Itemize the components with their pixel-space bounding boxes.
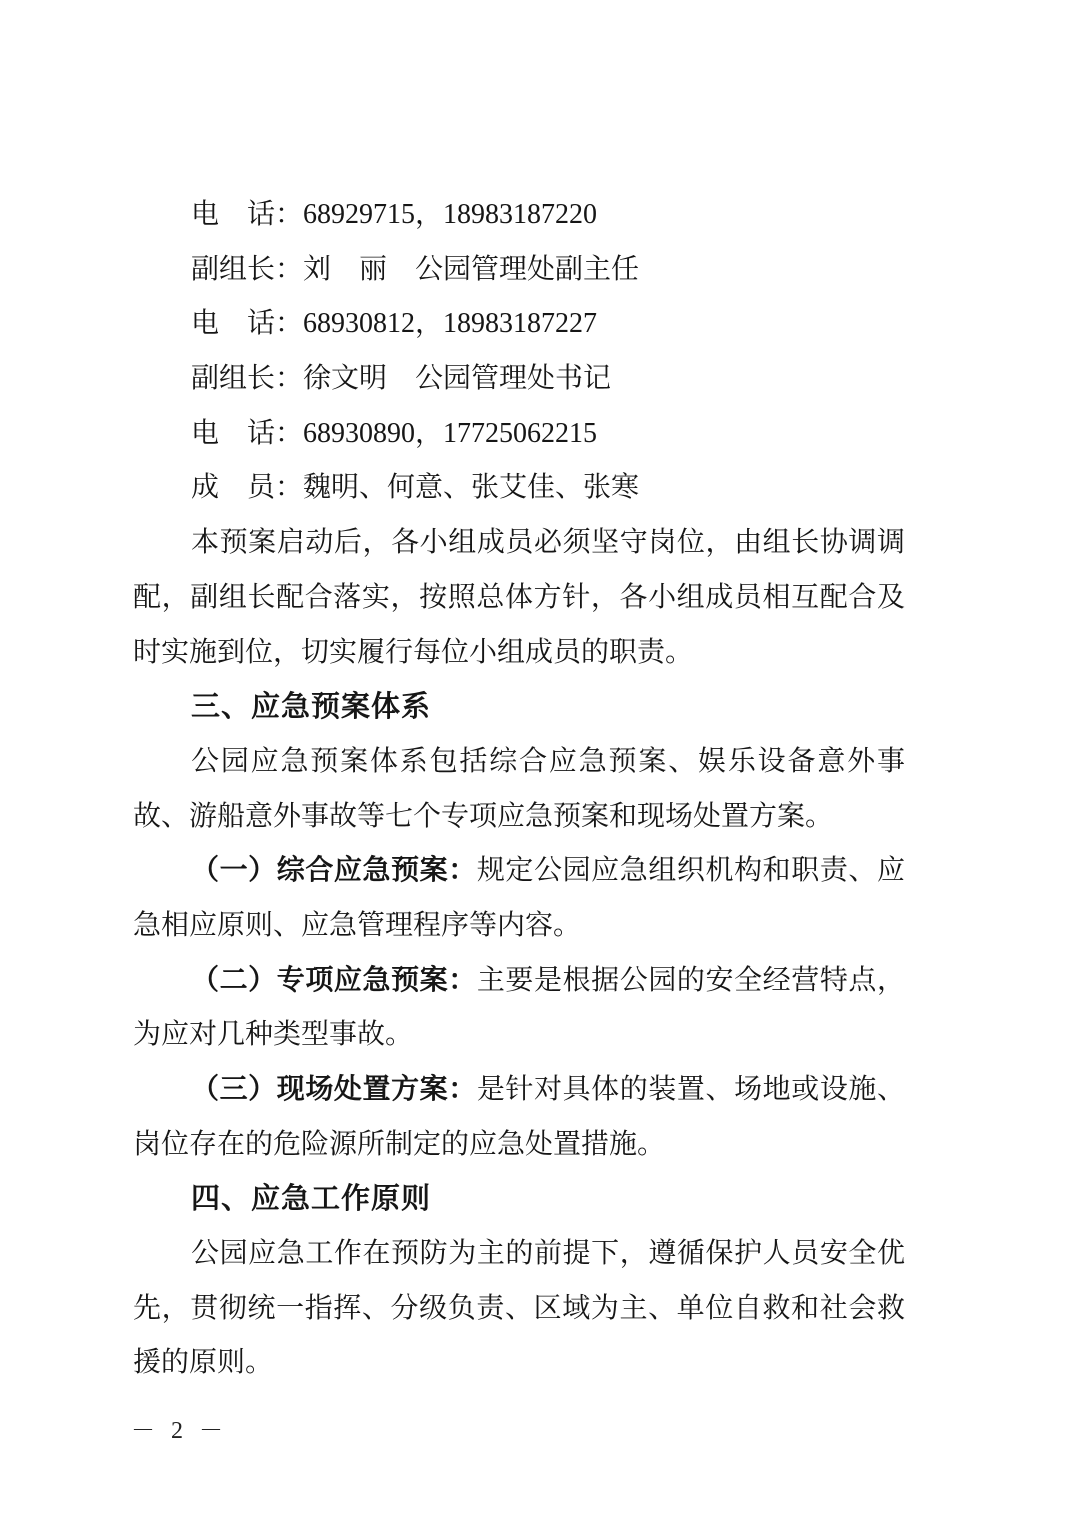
section-heading-3: 三、应急预案体系 <box>133 680 905 735</box>
item-1-line-2: 急相应原则、应急管理程序等内容。 <box>133 899 905 954</box>
members-line: 成 员：魏明、何意、张艾佳、张寒 <box>133 461 905 516</box>
deputy-leader-line-1: 副组长：刘 丽 公园管理处副主任 <box>133 243 905 298</box>
item-3-text: 是针对具体的装置、场地或设施、 <box>477 1074 905 1105</box>
section-heading-4: 四、应急工作原则 <box>133 1172 905 1227</box>
paragraph-system-line-2: 故、游船意外事故等七个专项应急预案和现场处置方案。 <box>133 790 905 845</box>
item-3-line-2: 岗位存在的危险源所制定的应急处置措施。 <box>133 1118 905 1173</box>
item-1-text: 规定公园应急组织机构和职责、应 <box>477 855 905 886</box>
phone-line-1: 电 话：68929715，18983187220 <box>133 188 905 243</box>
item-1-label: （一）综合应急预案： <box>191 855 477 886</box>
item-3-label: （三）现场处置方案： <box>191 1074 477 1105</box>
document-content: 电 话：68929715，18983187220 副组长：刘 丽 公园管理处副主… <box>133 188 905 1391</box>
paragraph-activation-line-2: 配，副组长配合落实，按照总体方针，各小组成员相互配合及 <box>133 571 905 626</box>
deputy-leader-line-2: 副组长：徐文明 公园管理处书记 <box>133 352 905 407</box>
item-2-label: （二）专项应急预案： <box>191 965 477 996</box>
item-2-line-2: 为应对几种类型事故。 <box>133 1008 905 1063</box>
paragraph-principle-line-2: 先，贯彻统一指挥、分级负责、区域为主、单位自救和社会救 <box>133 1282 905 1337</box>
phone-line-2: 电 话：68930812，18983187227 <box>133 297 905 352</box>
item-2-text: 主要是根据公园的安全经营特点， <box>477 965 905 996</box>
document-page: 电 话：68929715，18983187220 副组长：刘 丽 公园管理处副主… <box>0 0 1074 1520</box>
item-3-line-1: （三）现场处置方案：是针对具体的装置、场地或设施、 <box>133 1063 905 1118</box>
item-2-line-1: （二）专项应急预案：主要是根据公园的安全经营特点， <box>133 954 905 1009</box>
paragraph-principle-line-1: 公园应急工作在预防为主的前提下，遵循保护人员安全优 <box>133 1227 905 1282</box>
paragraph-principle-line-3: 援的原则。 <box>133 1336 905 1391</box>
page-number: － 2 － <box>131 1406 228 1456</box>
paragraph-activation-line-3: 时实施到位，切实履行每位小组成员的职责。 <box>133 626 905 681</box>
item-1-line-1: （一）综合应急预案：规定公园应急组织机构和职责、应 <box>133 844 905 899</box>
phone-line-3: 电 话：68930890，17725062215 <box>133 407 905 462</box>
paragraph-system-line-1: 公园应急预案体系包括综合应急预案、娱乐设备意外事 <box>133 735 905 790</box>
paragraph-activation-line-1: 本预案启动后，各小组成员必须坚守岗位，由组长协调调 <box>133 516 905 571</box>
